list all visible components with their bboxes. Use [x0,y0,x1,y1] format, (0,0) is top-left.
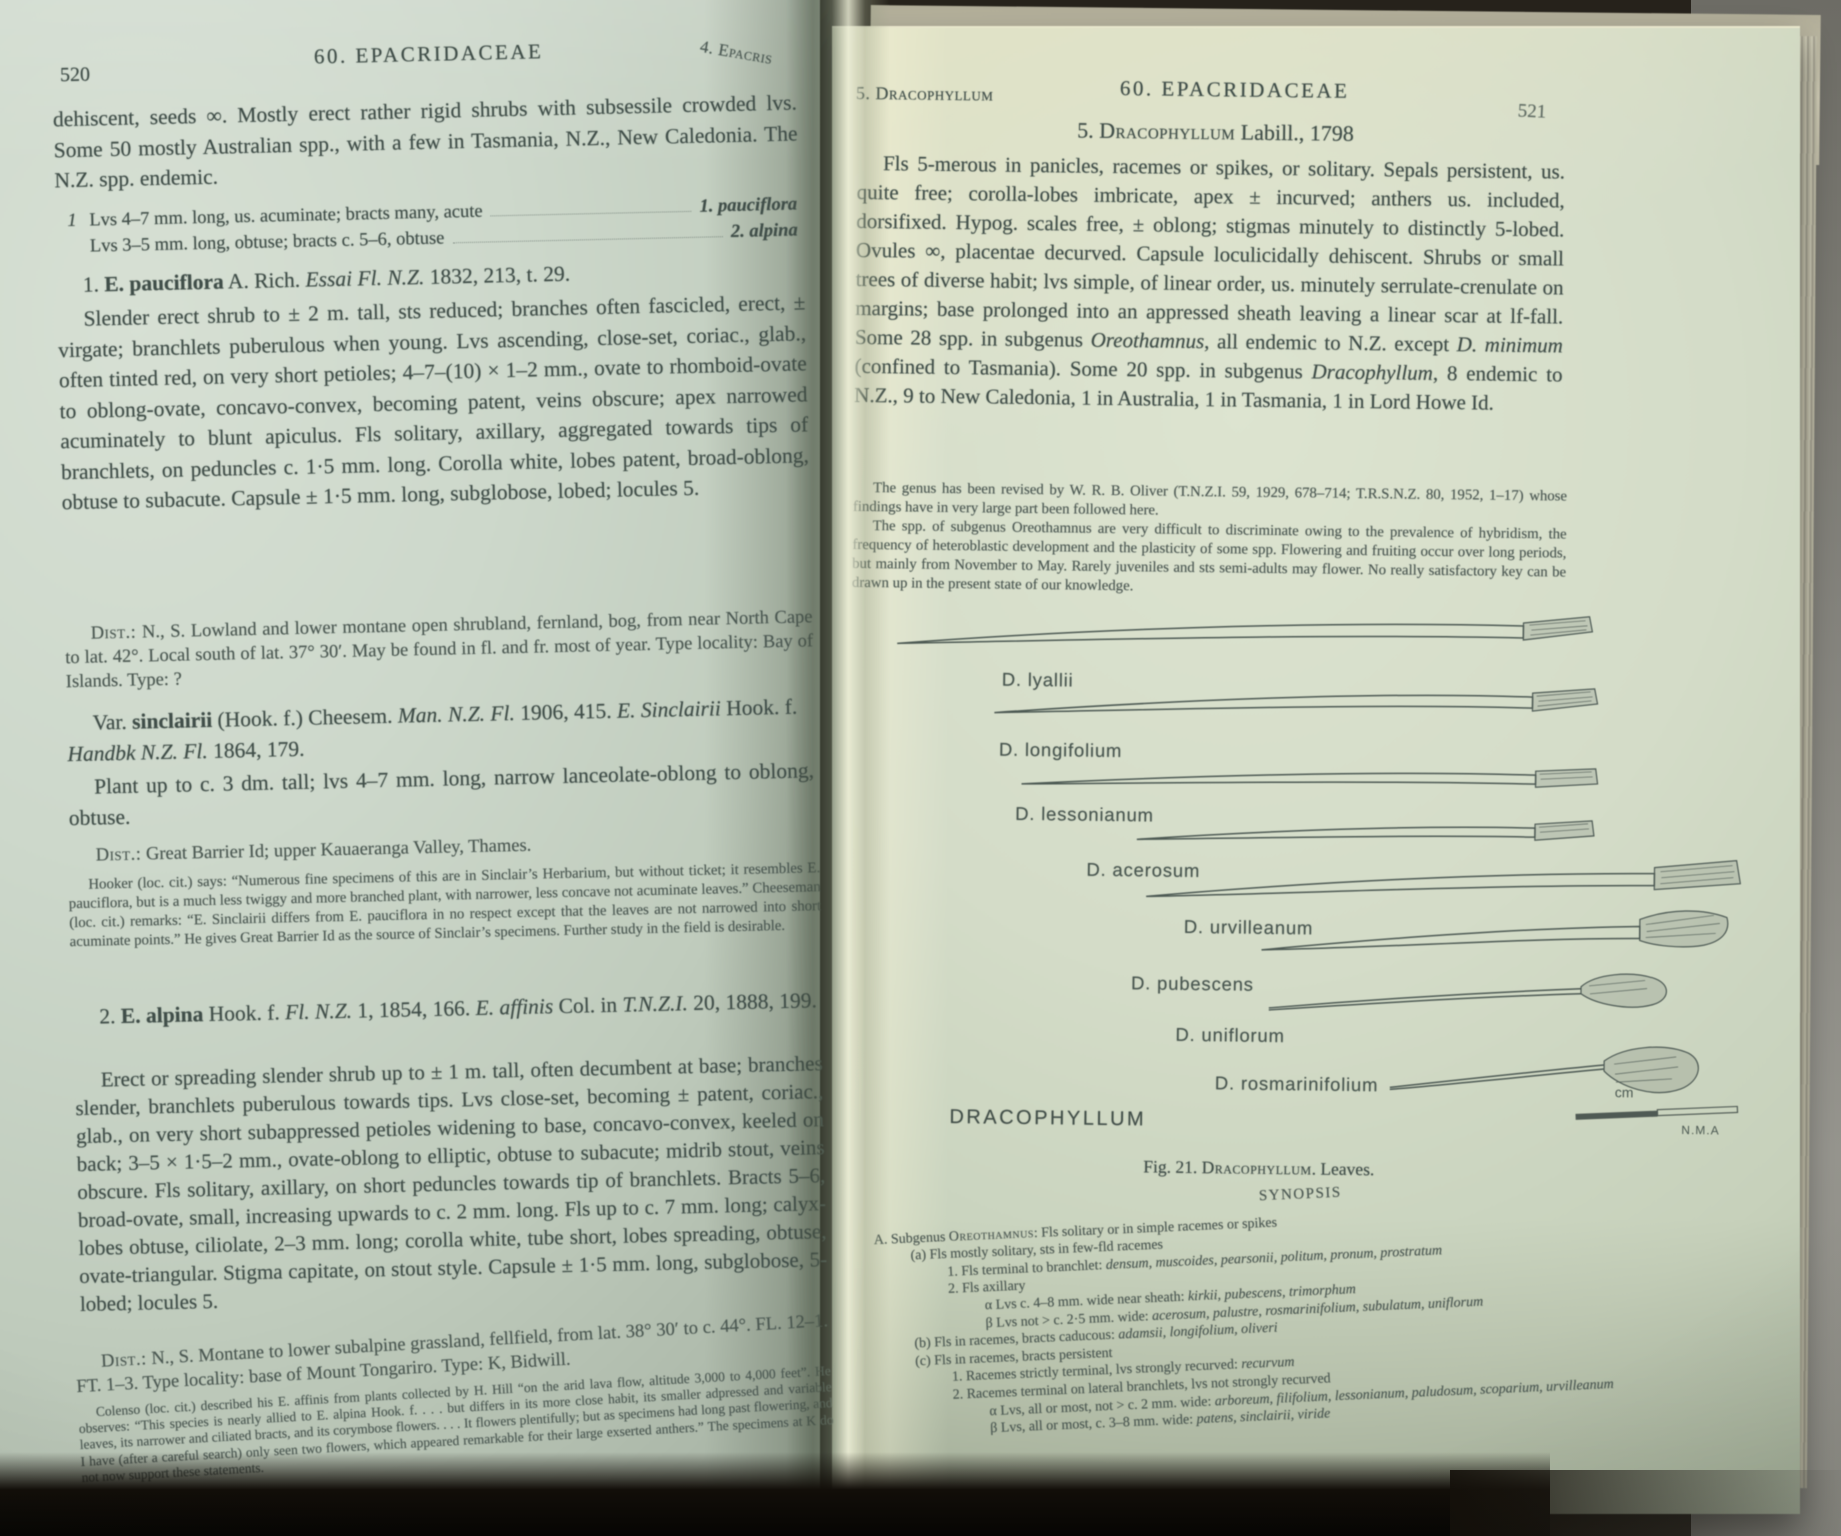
family-intro-paragraph: dehiscent, seeds ∞. Mostly erect rather … [53,87,799,195]
leaf-drawing-rosmarinifolium [1390,1044,1699,1093]
figure-label-d-rosmarinifolium: D. rosmarinifolium [1215,1072,1379,1096]
species1-distribution: Dist.: N., S. Lowland and lower montane … [64,605,813,695]
leaf-drawing-acerosum [1137,815,1594,845]
leaf-drawing-lessonianum [1022,762,1598,791]
open-book-photo: 5. Dracophyllum 60. EPACRIDACEAE 521 5. … [0,0,1841,1536]
figure-label-d-lessonianum: D. lessonianum [1015,803,1154,827]
species2-heading: 2. E. alpina Hook. f. Fl. N.Z. 1, 1854, … [73,985,821,1032]
page-number-521: 521 [1517,100,1547,123]
key-target-alpina: 2. alpina [731,217,798,245]
running-header-left: 60. EPACRIDACEAE [263,38,593,70]
bottom-corner-shadow [1450,1470,1841,1536]
figure-label-d-urvilleanum: D. urvilleanum [1184,916,1314,940]
figure-genus-label: DRACOPHYLLUM [949,1106,1146,1131]
key-dotted-leader [491,210,692,217]
running-header-right: 60. EPACRIDACEAE [1120,76,1350,104]
leaf-drawing-longifolium [994,682,1597,720]
leaf-drawing-pubescens [1261,906,1727,956]
species2-description: Erect or spreading slender shrub up to ±… [75,1049,829,1318]
page-number-520: 520 [60,63,91,87]
species1-description: Slender erect shrub to ± 2 m. tall, sts … [57,287,810,517]
leaf-drawing-lyallii [897,608,1592,651]
figure-scale-cm-label: cm [1615,1084,1634,1100]
key-couplet-number: 1 [67,208,90,234]
key-dotted-leader [452,235,723,243]
corner-header-epacris: 4. Epacris [699,37,775,69]
bottom-shadow [0,1452,1550,1536]
figure-scale-bar [1575,1106,1737,1119]
leaf-drawing-uniflorum [1269,970,1667,1015]
synopsis-section: SYNOPSIS A. Subgenus Oreothamnus: Fls so… [872,1168,1738,1443]
leaf-drawing-urvilleanum [1146,853,1740,903]
key-target-pauciflora: 1. pauciflora [699,191,797,219]
book-page-right: 5. Dracophyllum 60. EPACRIDACEAE 521 5. … [832,26,1800,1514]
figure-label-d-acerosum: D. acerosum [1086,859,1200,882]
figure-label-d-uniflorum: D. uniflorum [1175,1024,1285,1047]
variety-note-hooker: Hooker (loc. cit.) says: “Numerous fine … [68,859,822,952]
book-page-left: 520 60. EPACRIDACEAE 4. Epacris dehiscen… [0,0,820,1498]
corner-header-dracophyllum: 5. Dracophyllum [856,83,994,106]
species-key: 1 Lvs 4–7 mm. long, us. acuminate; bract… [67,191,798,260]
figure-21-leaves: D. lyallii D. longifolium D. lessonianum… [831,579,1798,1191]
genus-heading: 5. Dracophyllum Labill., 1798 [845,115,1585,150]
variety-description: Plant up to c. 3 dm. tall; lvs 4–7 mm. l… [68,755,815,833]
figure-artist-initials: N.M.A [1681,1123,1720,1137]
figure-label-d-pubescens: D. pubescens [1131,972,1254,995]
leaf-drawings [831,579,1798,1191]
figure-label-d-lyallii: D. lyallii [1002,669,1074,692]
genus-description: Fls 5-merous in panicles, racemes or spi… [854,149,1565,419]
figure-label-d-longifolium: D. longifolium [999,739,1123,763]
